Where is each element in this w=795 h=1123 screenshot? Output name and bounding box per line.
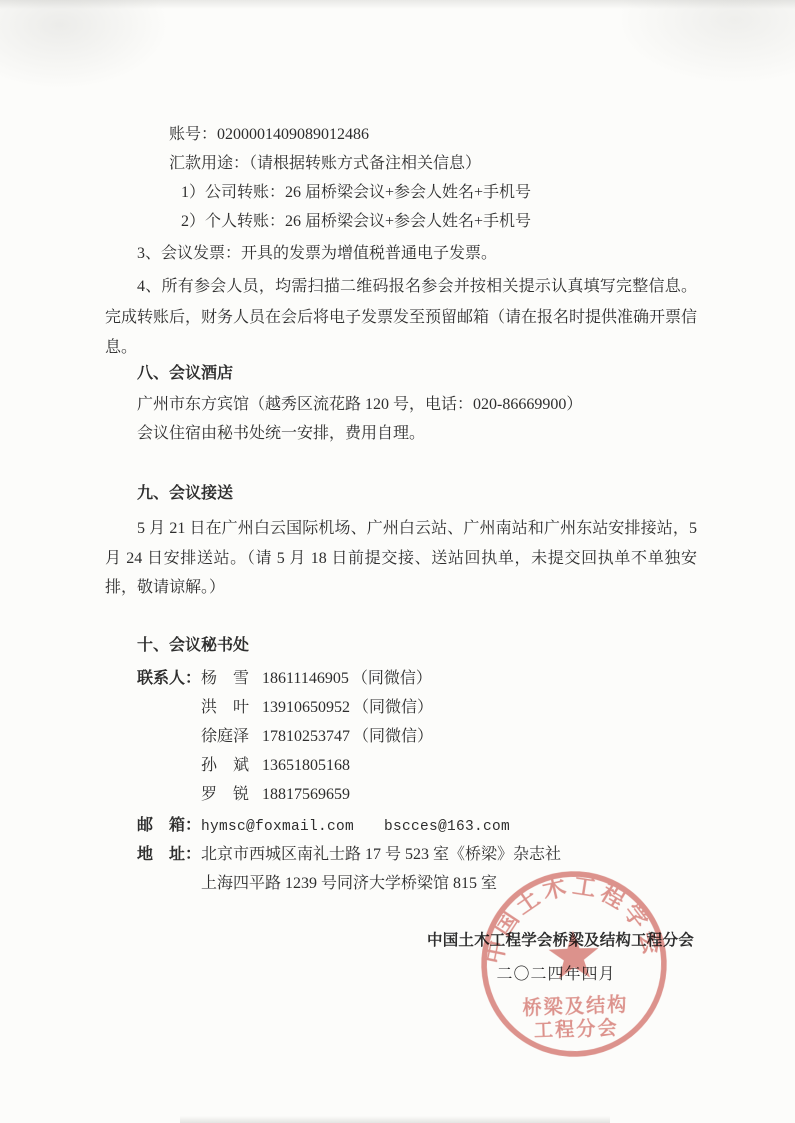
email-label: 邮 箱： bbox=[137, 812, 201, 835]
account-number-line: 账号：0200001409089012486 bbox=[169, 124, 369, 146]
address-row: 地 址： 北京市西城区南礼士路 17 号 523 室《桥梁》杂志社 bbox=[137, 841, 561, 864]
contact-note: （同微信） bbox=[353, 694, 433, 717]
contact-name: 徐庭泽 bbox=[201, 723, 249, 746]
contact-name: 孙 斌 bbox=[201, 752, 249, 775]
section-shuttle-title: 九、会议接送 bbox=[137, 483, 233, 505]
hotel-info-line: 广州市东方宾馆（越秀区流花路 120 号，电话：020-86669900） bbox=[137, 394, 582, 416]
document-page: 账号：0200001409089012486 汇款用途：（请根据转账方式备注相关… bbox=[0, 0, 795, 1123]
scan-artifact-corner-left bbox=[0, 0, 170, 90]
section-secretariat-title: 十、会议秘书处 bbox=[137, 635, 249, 657]
invoice-note-line: 3、会议发票：开具的发票为增值税普通电子发票。 bbox=[137, 243, 497, 265]
address-beijing: 北京市西城区南礼士路 17 号 523 室《桥梁》杂志社 bbox=[201, 841, 561, 864]
email-secondary: bscces@163.com bbox=[384, 819, 510, 835]
address-row: 上海四平路 1239 号同济大学桥梁馆 815 室 bbox=[137, 870, 497, 893]
contact-note: （同微信） bbox=[352, 665, 432, 688]
contact-phone: 13651805168 bbox=[262, 757, 350, 775]
contact-phone: 17810253747 bbox=[262, 728, 350, 746]
contact-name: 杨 雪 bbox=[201, 665, 249, 688]
seal-subtitle-line2: 工程分会 bbox=[533, 1016, 619, 1042]
contact-row: 联系人： 杨 雪 18611146905 （同微信） bbox=[137, 665, 432, 688]
transfer-item-company: 1）公司转账：26 届桥梁会议+参会人姓名+手机号 bbox=[181, 182, 531, 204]
scan-artifact-bottom bbox=[180, 1116, 610, 1123]
contact-row: 罗 锐 18817569659 bbox=[137, 781, 350, 804]
contact-phone: 13910650952 bbox=[262, 699, 350, 717]
email-primary: hymsc@foxmail.com bbox=[201, 819, 354, 835]
contact-note: （同微信） bbox=[353, 723, 433, 746]
email-row: 邮 箱： hymsc@foxmail.com bscces@163.com bbox=[137, 812, 510, 835]
section-hotel-title: 八、会议酒店 bbox=[137, 363, 233, 385]
contact-row: 徐庭泽 17810253747 （同微信） bbox=[137, 723, 433, 746]
address-label: 地 址： bbox=[137, 841, 201, 864]
contact-label: 联系人： bbox=[137, 665, 201, 688]
contact-phone: 18817569659 bbox=[262, 786, 350, 804]
official-seal: 中国土木工程学会 桥梁及结构 工程分会 bbox=[475, 865, 674, 1064]
seal-star-icon bbox=[548, 930, 600, 979]
contact-row: 孙 斌 13651805168 bbox=[137, 752, 350, 775]
hotel-arrangement-line: 会议住宿由秘书处统一安排，费用自理。 bbox=[137, 423, 425, 445]
contact-name: 洪 叶 bbox=[201, 694, 249, 717]
contact-phone: 18611146905 bbox=[262, 670, 349, 688]
transfer-item-personal: 2）个人转账：26 届桥梁会议+参会人姓名+手机号 bbox=[181, 211, 531, 233]
contact-name: 罗 锐 bbox=[201, 781, 249, 804]
scan-artifact-corner-right bbox=[615, 0, 795, 85]
shuttle-paragraph: 5 月 21 日在广州白云国际机场、广州白云站、广州南站和广州东站安排接站，5 … bbox=[105, 514, 697, 603]
address-shanghai: 上海四平路 1239 号同济大学桥梁馆 815 室 bbox=[201, 870, 497, 893]
seal-subtitle-line1: 桥梁及结构 bbox=[522, 993, 629, 1020]
contact-row: 洪 叶 13910650952 （同微信） bbox=[137, 694, 433, 717]
remittance-purpose-line: 汇款用途：（请根据转账方式备注相关信息） bbox=[169, 153, 481, 175]
registration-note-paragraph: 4、所有参会人员，均需扫描二维码报名参会并按相关提示认真填写完整信息。完成转账后… bbox=[105, 272, 697, 364]
